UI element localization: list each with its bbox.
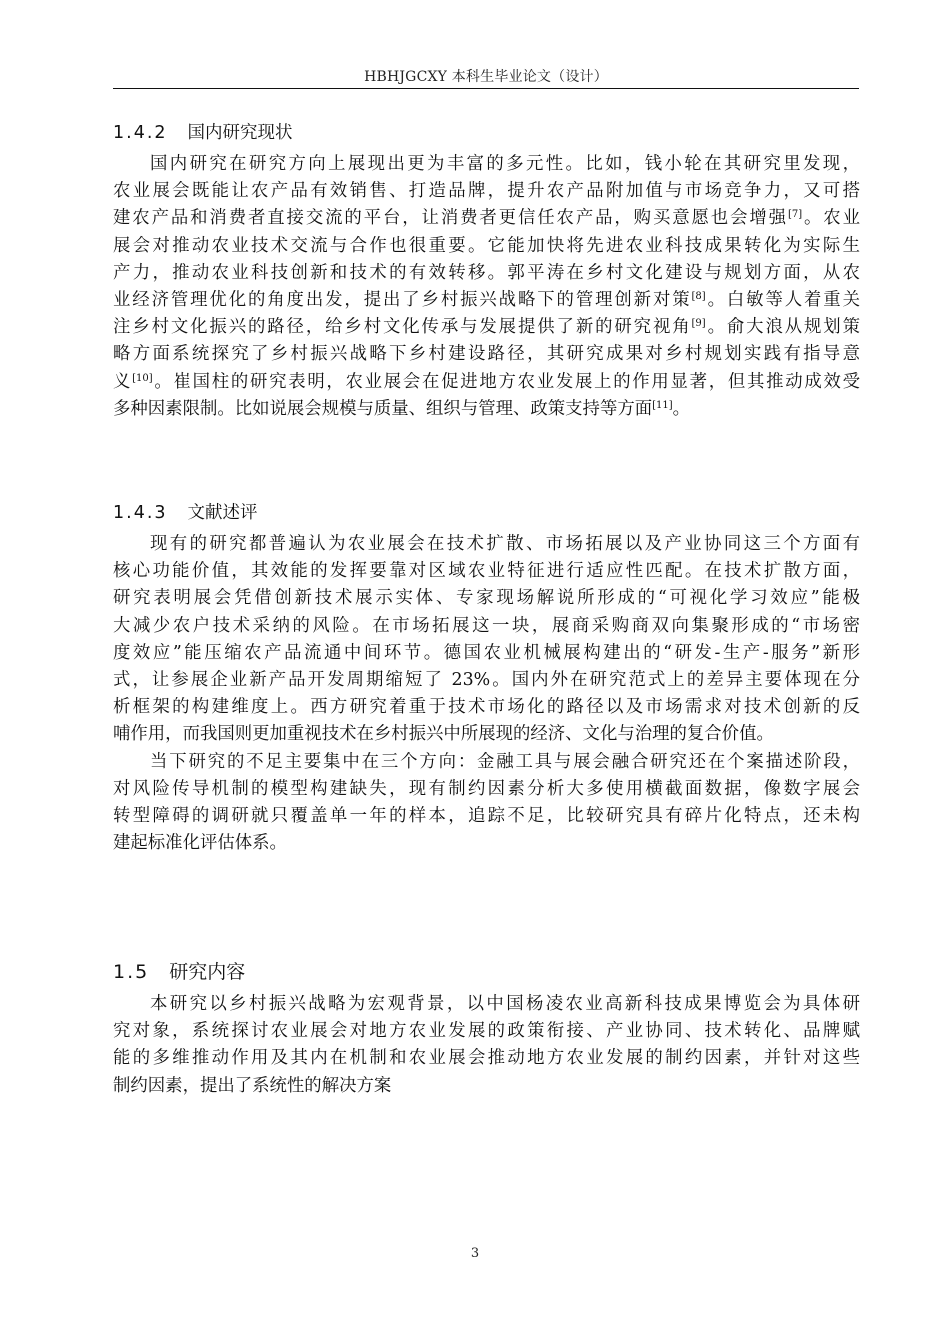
section-title: 研究内容 — [169, 961, 245, 983]
paragraph: 国内研究在研究方向上展现出更为丰富的多元性。比如，钱小轮在其研究里发现，农业展会… — [113, 151, 860, 423]
section-heading-1-5: 1.5研究内容 — [113, 957, 245, 984]
text-line: 究对象，系统探讨农业展会对地方农业发展的政策衔接、产业协同、技术转化、品牌赋 — [113, 1018, 860, 1045]
citation-marker: [10] — [132, 373, 153, 384]
text-line: 建农产品和消费者直接交流的平台，让消费者更信任农产品，购买意愿也会增强[7]。农… — [113, 205, 860, 232]
page-number: 3 — [0, 1246, 950, 1261]
section-number: 1.4.3 — [113, 503, 168, 523]
text-line: 转型障碍的调研就只覆盖单一年的样本，追踪不足，比较研究具有碎片化特点，还未构 — [113, 803, 860, 830]
paragraph: 现有的研究都普遍认为农业展会在技术扩散、市场拓展以及产业协同这三个方面有核心功能… — [113, 531, 860, 749]
text-line: 能的多维推动作用及其内在机制和农业展会推动地方农业发展的制约因素，并针对这些 — [113, 1045, 860, 1072]
text-line: 制约因素，提出了系统性的解决方案 — [113, 1073, 860, 1100]
text-line: 对风险传导机制的模型构建缺失，现有制约因素分析大多使用横截面数据，像数字展会 — [113, 776, 860, 803]
text-line: 式，让参展企业新产品开发周期缩短了 23%。国内外在研究范式上的差异主要体现在分 — [113, 667, 860, 694]
text-line: 多种因素限制。比如说展会规模与质量、组织与管理、政策支持等方面[11]。 — [113, 396, 860, 423]
text-line: 现有的研究都普遍认为农业展会在技术扩散、市场拓展以及产业协同这三个方面有 — [113, 531, 860, 558]
text-line: 当下研究的不足主要集中在三个方向：金融工具与展会融合研究还在个案描述阶段， — [113, 749, 860, 776]
paragraph: 当下研究的不足主要集中在三个方向：金融工具与展会融合研究还在个案描述阶段，对风险… — [113, 749, 860, 858]
text-line: 义[10]。崔国柱的研究表明，农业展会在促进地方农业发展上的作用显著，但其推动成… — [113, 369, 860, 396]
section-heading-1-4-2: 1.4.2国内研究现状 — [113, 119, 293, 144]
text-line: 产力，推动农业科技创新和技术的有效转移。郭平涛在乡村文化建设与规划方面，从农 — [113, 260, 860, 287]
text-line: 注乡村文化振兴的路径，给乡村文化传承与发展提供了新的研究视角[9]。俞大浪从规划… — [113, 314, 860, 341]
section-number: 1.5 — [113, 961, 149, 983]
text-line: 大减少农户技术采纳的风险。在市场拓展这一块，展商采购商双向集聚形成的“市场密 — [113, 613, 860, 640]
running-header: HBHJGCXY 本科生毕业论文（设计） — [113, 66, 859, 86]
text-line: 核心功能价值，其效能的发挥要靠对区域农业特征进行适应性匹配。在技术扩散方面， — [113, 558, 860, 585]
section-title: 文献述评 — [188, 503, 258, 523]
text-line: 本研究以乡村振兴战略为宏观背景，以中国杨凌农业高新科技成果博览会为具体研 — [113, 991, 860, 1018]
section-title: 国内研究现状 — [188, 123, 293, 143]
section-heading-1-4-3: 1.4.3文献述评 — [113, 499, 258, 524]
citation-marker: [7] — [788, 209, 802, 220]
text-line: 建起标准化评估体系。 — [113, 830, 860, 857]
text-line: 业经济管理优化的角度出发，提出了乡村振兴战略下的管理创新对策[8]。白敏等人着重… — [113, 287, 860, 314]
citation-marker: [11] — [652, 400, 673, 411]
citation-marker: [9] — [692, 318, 706, 329]
text-line: 度效应”能压缩农产品流通中间环节。德国农业机械展构建出的“研发-生产-服务”新形 — [113, 640, 860, 667]
text-line: 研究表明展会凭借创新技术展示实体、专家现场解说所形成的“可视化学习效应”能极 — [113, 585, 860, 612]
paragraph: 本研究以乡村振兴战略为宏观背景，以中国杨凌农业高新科技成果博览会为具体研究对象，… — [113, 991, 860, 1100]
text-line: 略方面系统探究了乡村振兴战略下乡村建设路径，其研究成果对乡村规划实践有指导意 — [113, 341, 860, 368]
text-line: 哺作用，而我国则更加重视技术在乡村振兴中所展现的经济、文化与治理的复合价值。 — [113, 721, 860, 748]
citation-marker: [8] — [692, 291, 706, 302]
text-line: 农业展会既能让农产品有效销售、打造品牌，提升农产品附加值与市场竞争力，又可搭 — [113, 178, 860, 205]
section-number: 1.4.2 — [113, 123, 168, 143]
text-line: 国内研究在研究方向上展现出更为丰富的多元性。比如，钱小轮在其研究里发现， — [113, 151, 860, 178]
text-line: 展会对推动农业技术交流与合作也很重要。它能加快将先进农业科技成果转化为实际生 — [113, 233, 860, 260]
header-rule — [113, 88, 859, 89]
text-line: 析框架的构建维度上。西方研究着重于技术市场化的路径以及市场需求对技术创新的反 — [113, 694, 860, 721]
